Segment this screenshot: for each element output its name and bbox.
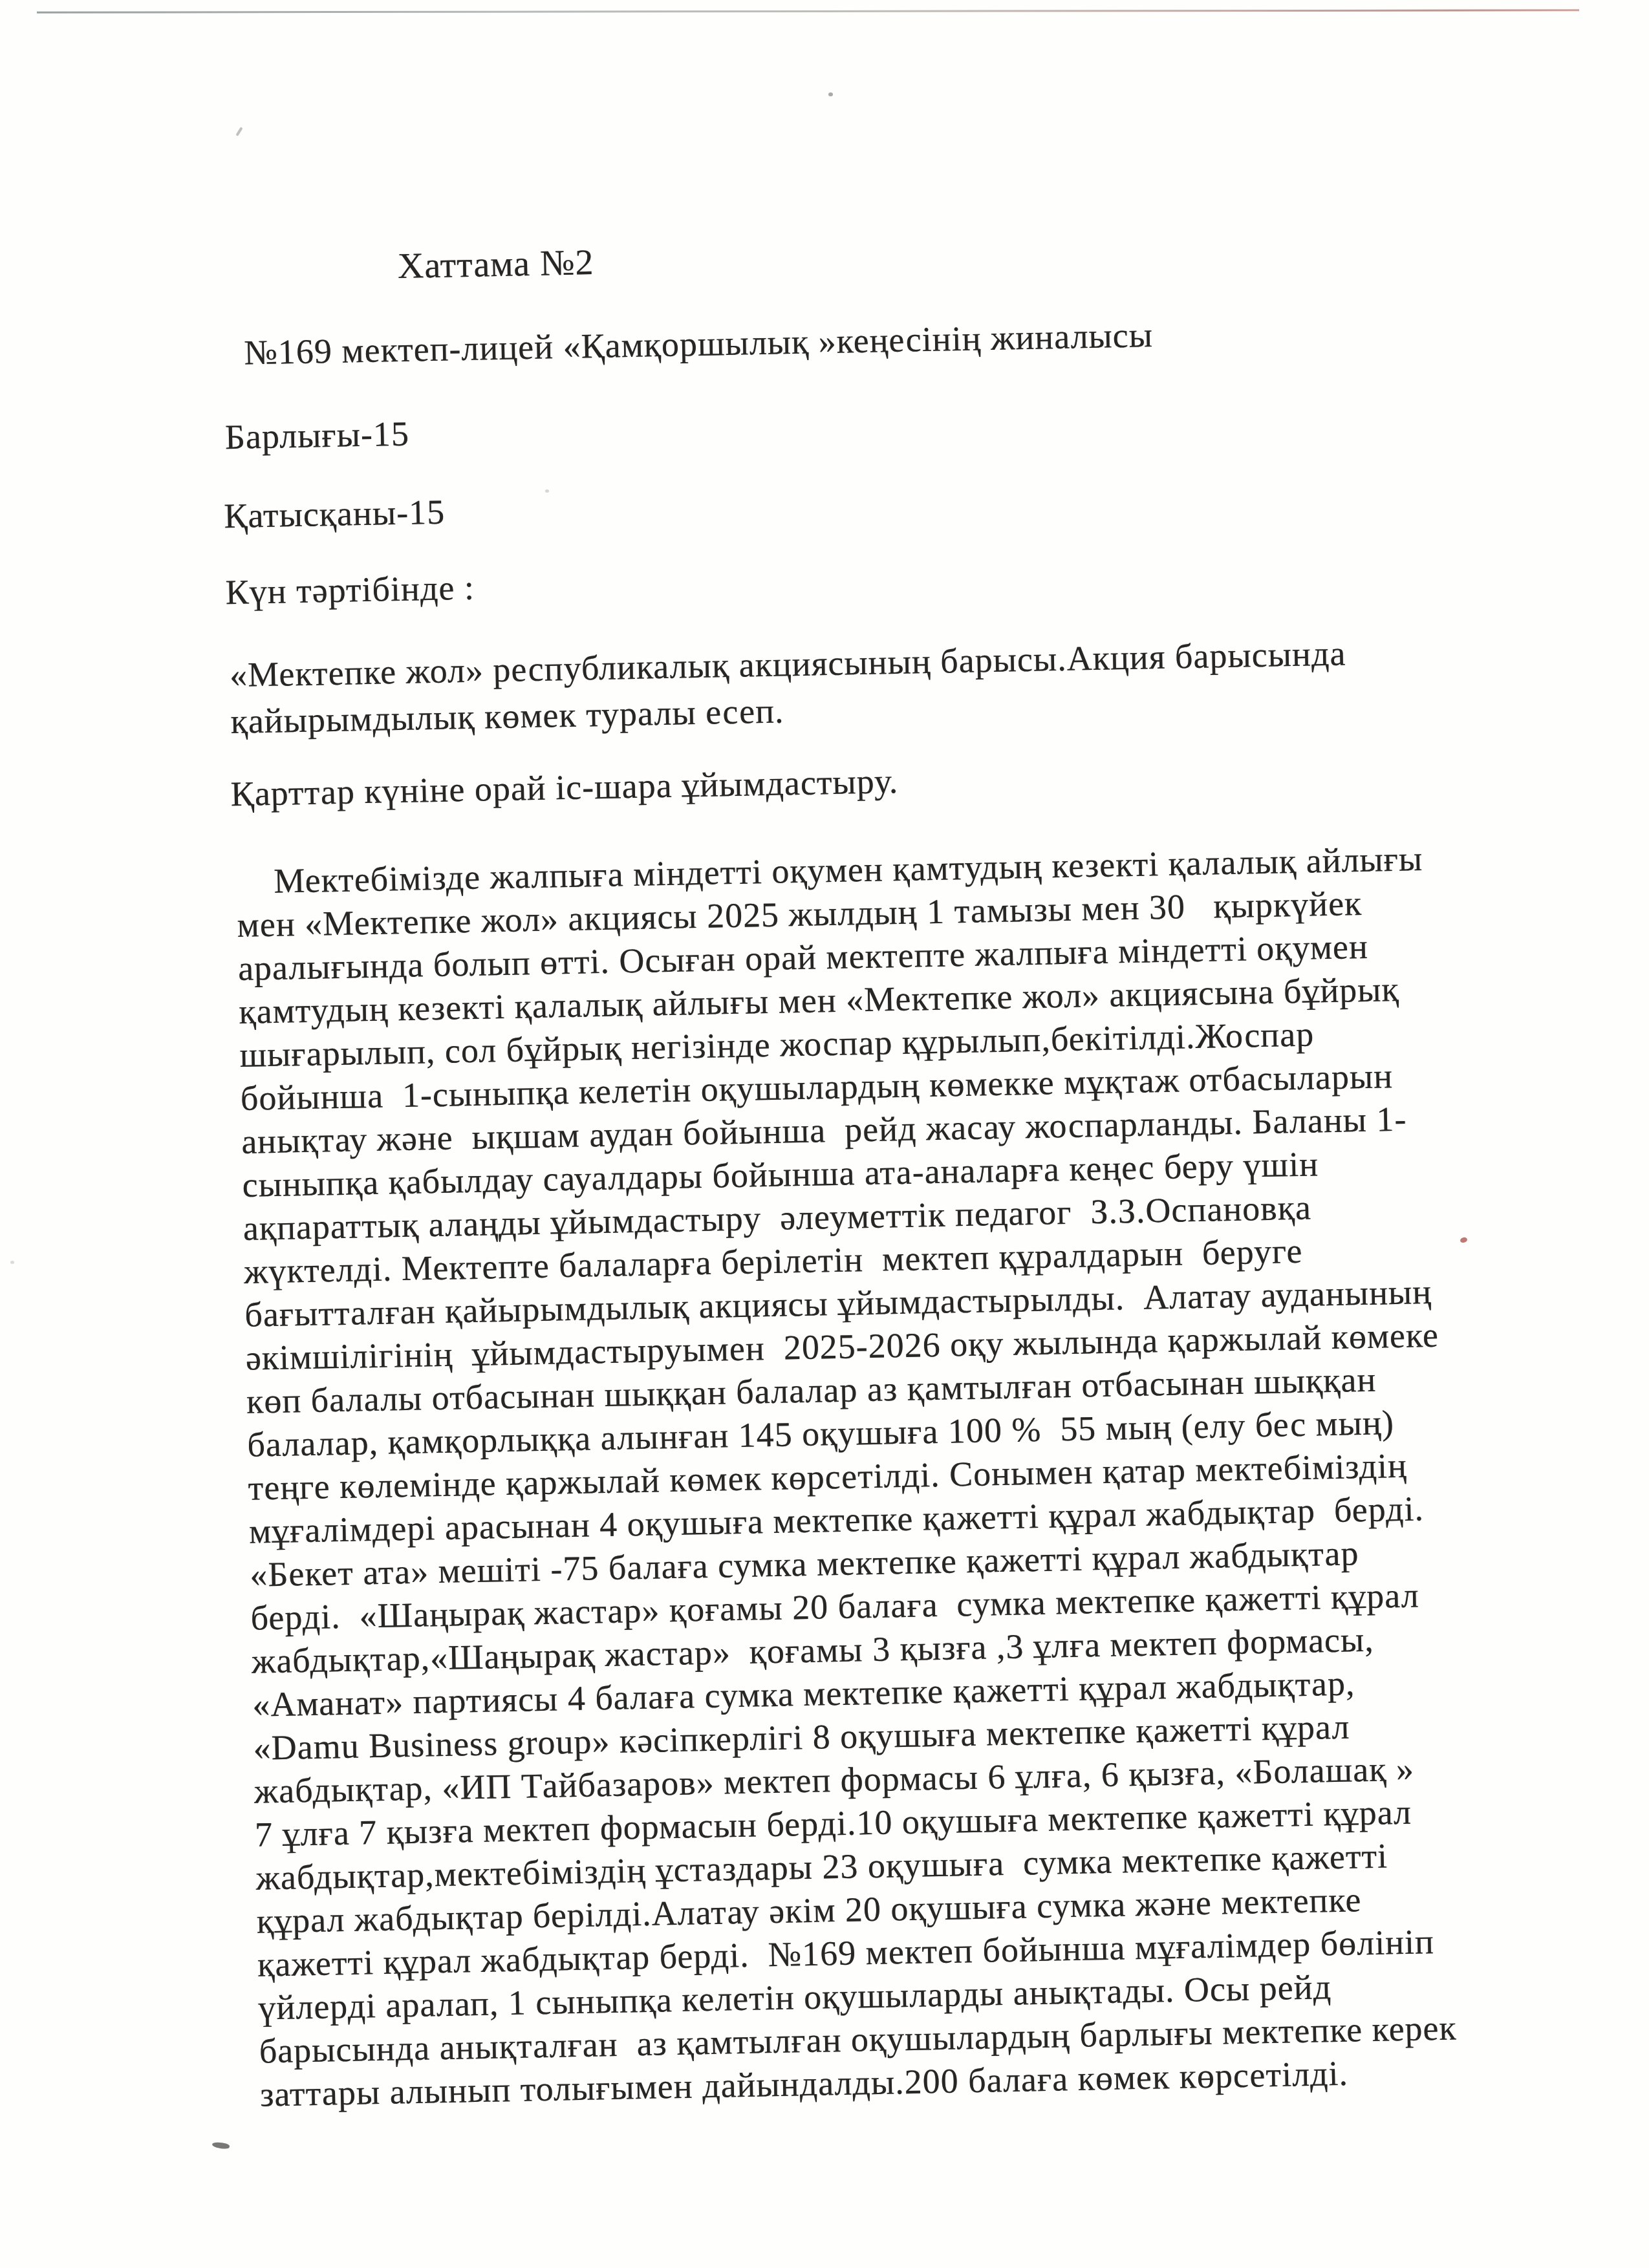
doc-title: Хаттама №2 [397,244,594,284]
scanned-page: Хаттама №2 №169 мектеп-лицей «Қамқоршылы… [0,0,1649,2268]
total-count-line: Барлығы-15 [224,416,409,455]
scan-speck [545,489,549,493]
agenda-item-1-line-2: қайырымдылық көмек туралы есеп. [230,693,784,739]
scan-speck [10,1261,14,1264]
agenda-item-2: Қарттар күніне орай іс-шара ұйымдастыру. [230,764,898,811]
attended-count-line: Қатысқаны-15 [224,495,446,534]
agenda-item-1-line-1: «Мектепке жол» республикалық акциясының … [230,636,1346,692]
document-content: Хаттама №2 №169 мектеп-лицей «Қамқоршылы… [0,0,1649,2268]
doc-subtitle: №169 мектеп-лицей «Қамқоршылық »кеңесіні… [244,317,1154,370]
scan-speck [828,92,833,96]
agenda-heading: Күн тәртібінде : [225,570,475,610]
